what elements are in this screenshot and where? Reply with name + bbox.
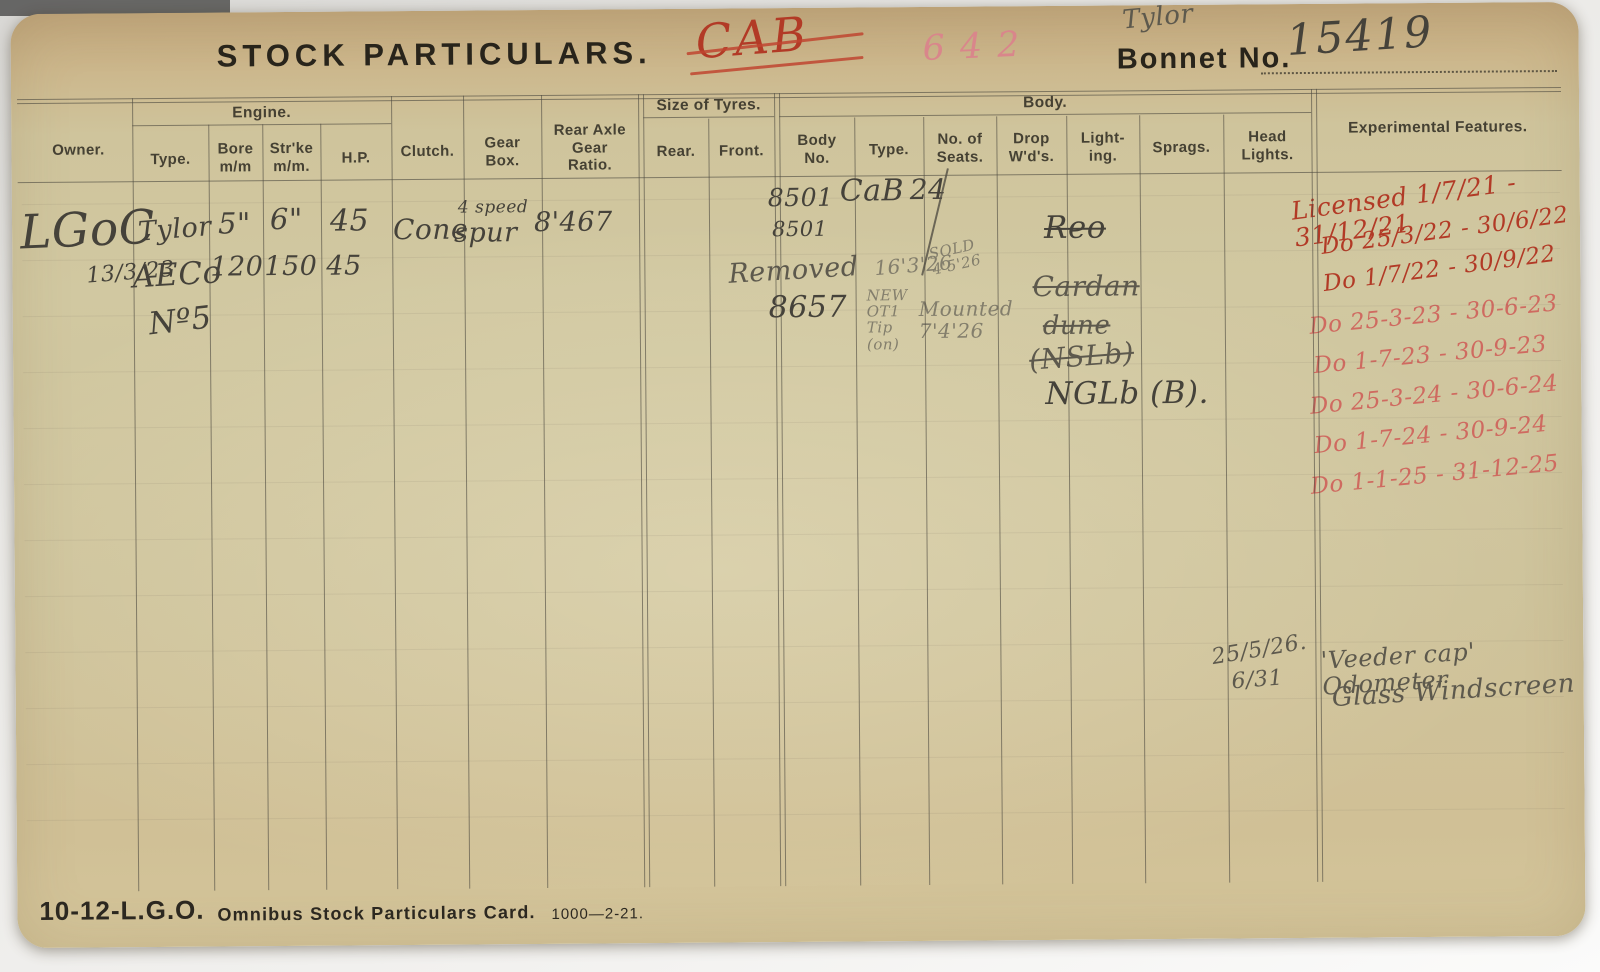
entry-lighting-struck-1: Reo: [1044, 212, 1106, 246]
table-line-vertical: [923, 117, 930, 885]
cancelled-type-annotation: CAB: [684, 5, 870, 97]
entry-new-body-note: NEW OT1 Tip (on): [867, 287, 909, 352]
entry-lighting-struck-2: Cardan: [1032, 271, 1139, 302]
entry-head-lights-date-1: 25/5/26.: [1210, 631, 1308, 670]
entry-lighting-current: NGLb (B).: [1045, 377, 1209, 412]
column-header-sprags: Sprags.: [1139, 139, 1223, 157]
column-header-drop-wds: Drop W'd's.: [996, 130, 1066, 166]
faint-paper-ruling: [26, 752, 1564, 765]
table-line-vertical: [262, 124, 269, 890]
column-header-clutch: Clutch.: [391, 143, 463, 161]
form-code: 10-12-L.G.O.: [39, 895, 204, 927]
faint-paper-ruling: [24, 528, 1562, 541]
print-code: 1000—2-21.: [551, 905, 644, 923]
column-header-engine-type: Type.: [132, 151, 208, 169]
entry-owner: LGoC: [19, 203, 156, 259]
card-name: Omnibus Stock Particulars Card.: [217, 902, 535, 925]
entry-bore-1: 5": [218, 208, 251, 240]
column-header-bore: Bore m/m: [208, 140, 262, 176]
column-header-lighting: Light- ing.: [1066, 129, 1139, 165]
entry-bore-2: 120: [210, 252, 263, 282]
entry-axle-ratio: 8'467: [534, 207, 613, 237]
faint-paper-ruling: [27, 808, 1565, 821]
column-header-gear-box: Gear Box.: [463, 134, 541, 170]
column-header-rear-axle-ratio: Rear Axle Gear Ratio.: [541, 121, 638, 175]
column-header-experimental: Experimental Features.: [1316, 118, 1559, 138]
entry-body-type: CaB: [840, 175, 905, 208]
column-header-body-no: Body No.: [779, 132, 854, 168]
bonnet-dotted-line: [1261, 70, 1557, 74]
table-line-vertical: [708, 119, 715, 887]
entry-hp-2: 45: [326, 251, 362, 280]
entry-engine-make-1: Tylor: [137, 212, 213, 247]
column-header-stroke: Str'ke m/m.: [262, 140, 320, 176]
entry-sold-note: SOLD 4'5'26: [927, 236, 982, 278]
table-line-vertical: [1223, 115, 1230, 883]
licence-record-7: Do 1-7-24 - 30-9-24: [1313, 412, 1549, 459]
entry-hp-1: 45: [330, 205, 369, 238]
entry-lighting-struck-3: dune: [1043, 312, 1111, 341]
faint-paper-ruling: [25, 584, 1563, 597]
entry-mounted-note: Mounted 7'4'26: [919, 298, 1014, 342]
pencil-make-note: Tylor: [1121, 0, 1194, 35]
column-header-tyre-rear: Rear.: [643, 143, 708, 161]
licence-record-8: Do 1-1-25 - 31-12-25: [1309, 451, 1560, 499]
column-header-seats: No. of Seats.: [923, 130, 996, 166]
column-header-hp: H.P.: [320, 149, 391, 167]
entry-body-removed: Removed: [728, 252, 860, 289]
bonnet-number-value: 15419: [1285, 9, 1434, 64]
column-header-tyre-front: Front.: [708, 142, 774, 160]
licence-record-5: Do 1-7-23 - 30-9-23: [1312, 332, 1548, 379]
stock-particulars-card: STOCK PARTICULARS. CAB 642 Tylor Bonnet …: [10, 2, 1585, 948]
fleet-number-red: 642: [922, 26, 1035, 69]
column-header-engine-group: Engine.: [132, 103, 391, 123]
table-line-vertical: [320, 124, 327, 890]
faint-paper-ruling: [24, 416, 1562, 429]
entry-head-lights-date-2: 6/31: [1231, 666, 1284, 694]
table-line-vertical: [1139, 115, 1146, 883]
column-header-tyres-group: Size of Tyres.: [643, 96, 774, 115]
table-line-vertical: [996, 116, 1003, 884]
entry-lighting-struck-4: (NSLb): [1028, 338, 1135, 376]
column-header-owner: Owner.: [25, 141, 131, 160]
table-line-vertical: [854, 118, 861, 886]
entry-stroke-1: 6": [270, 204, 303, 236]
column-header-body-type: Type.: [854, 141, 923, 159]
column-header-head-lights: Head Lights.: [1223, 128, 1311, 164]
entry-engine-no: Nº5: [147, 301, 213, 341]
card-title: STOCK PARTICULARS.: [217, 35, 652, 74]
entry-stroke-2: 150: [264, 252, 317, 282]
